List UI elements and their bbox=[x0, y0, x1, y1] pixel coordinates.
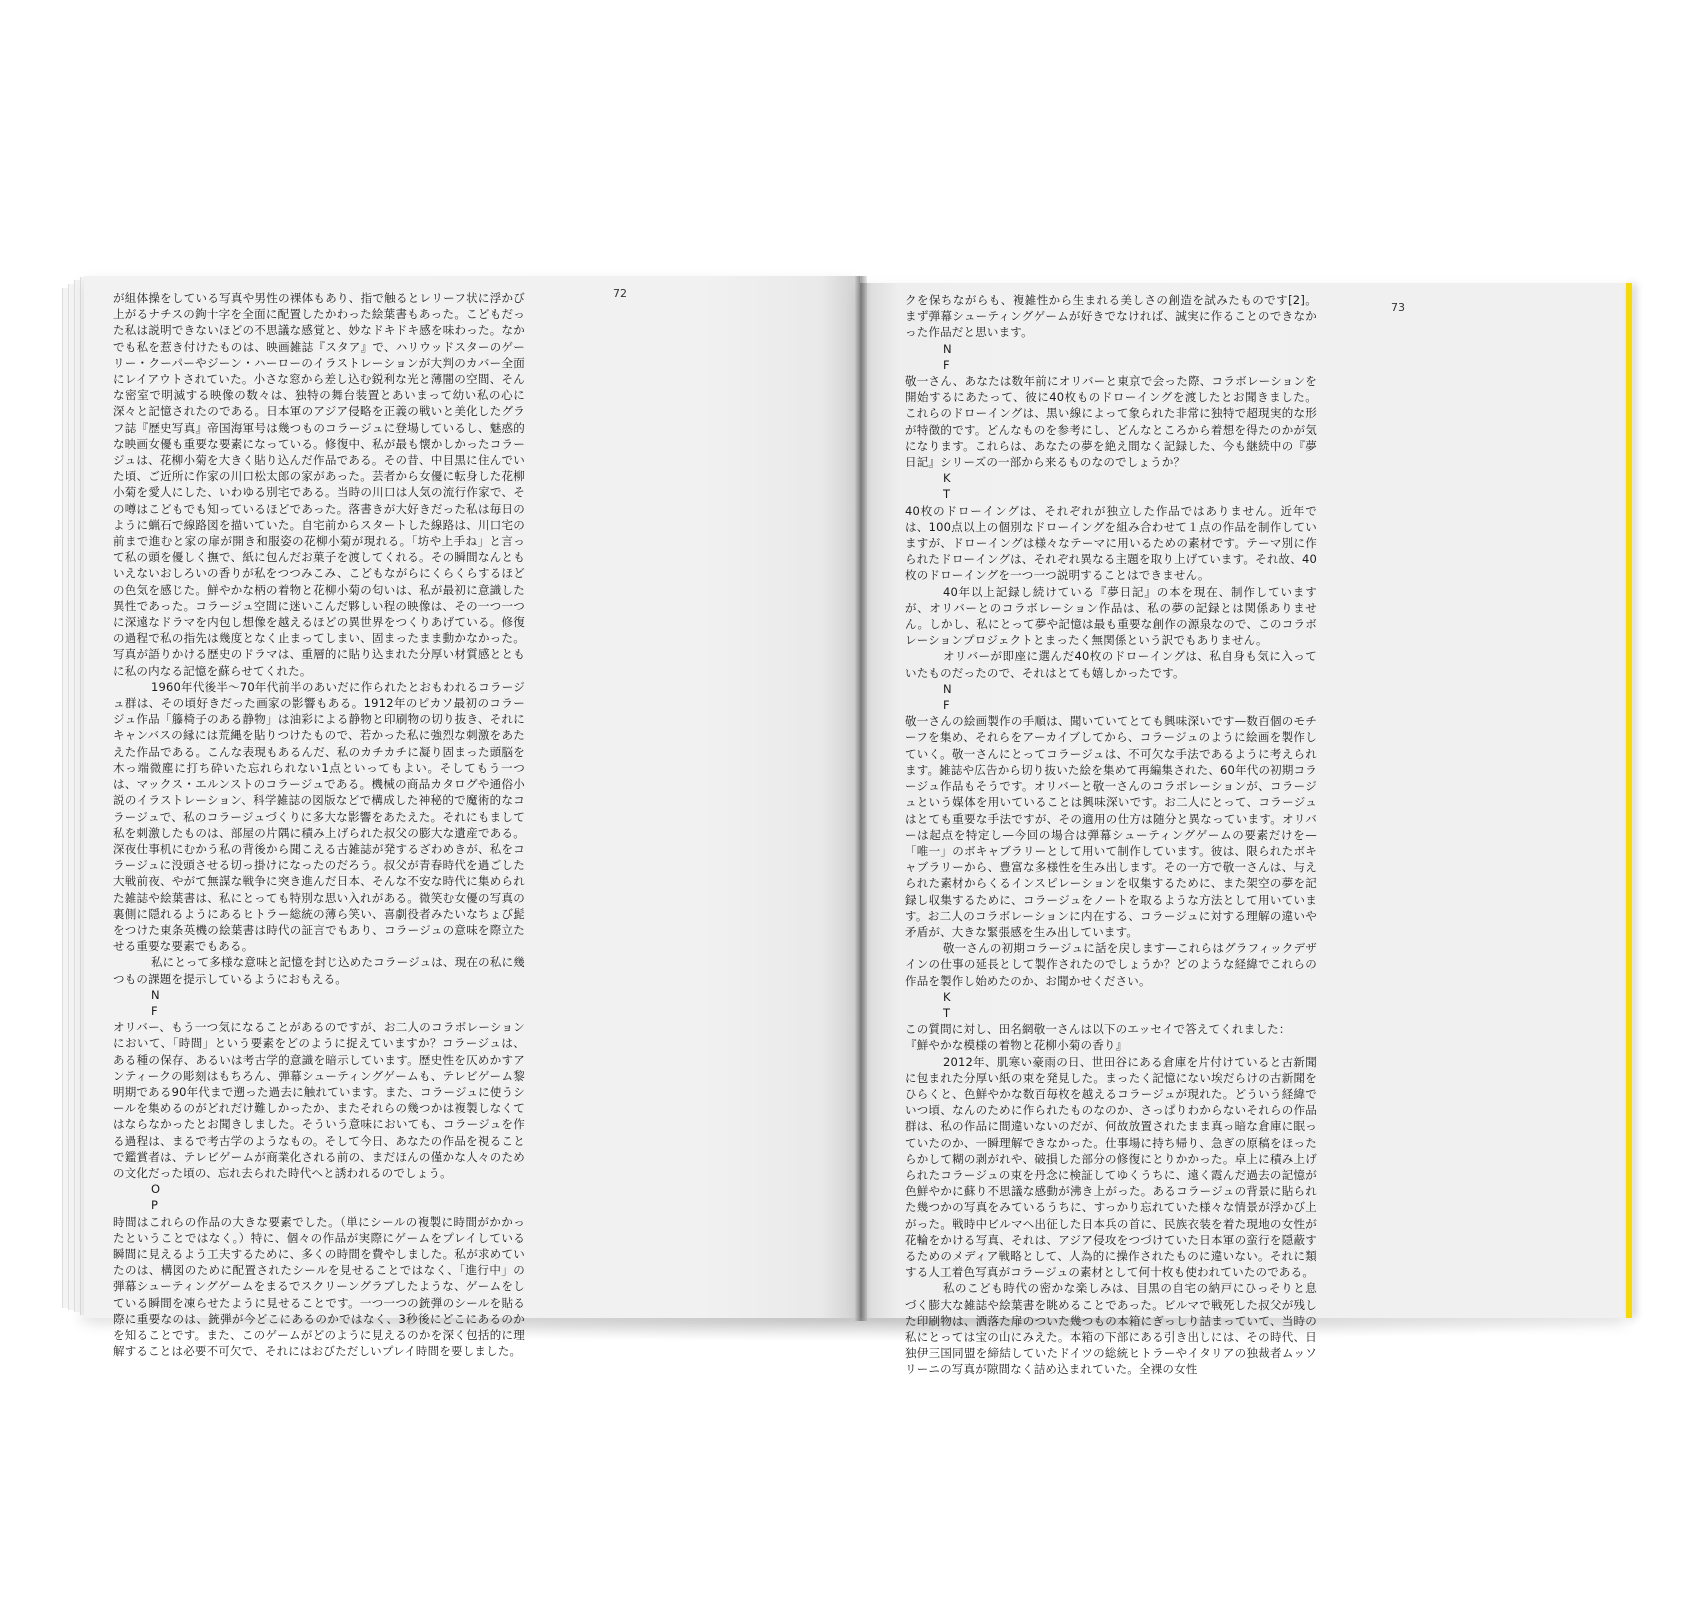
paragraph: 私にとって多様な意味と記憶を封じ込めたコラージュは、現在の私に幾つもの課題を提示… bbox=[113, 954, 525, 986]
paragraph: 敬一さんの絵画製作の手順は、聞いていてとても興味深いです—数百個のモチーフを集め… bbox=[905, 713, 1317, 940]
speaker-initial: O bbox=[113, 1181, 525, 1197]
right-page-text: クを保ちながらも、複雑性から生まれる美しさの創造を試みたものです[2]。まず弾幕… bbox=[905, 292, 1317, 1378]
paragraph: 時間はこれらの作品の大きな要素でした。（単にシールの複製に時間がかかったというこ… bbox=[113, 1214, 525, 1360]
page-number-left: 72 bbox=[613, 287, 627, 300]
speaker-initial: N bbox=[905, 681, 1317, 697]
paragraph: 40年以上記録し続けている『夢日記』の本を現在、制作していますが、オリバーとのコ… bbox=[905, 584, 1317, 649]
paragraph: 40枚のドローイングは、それぞれが独立した作品ではありません。近年では、100点… bbox=[905, 503, 1317, 584]
book-gutter bbox=[855, 276, 867, 1321]
speaker-initial: N bbox=[905, 341, 1317, 357]
paragraph: 敬一さんの初期コラージュに話を戻します—これらはグラフィックデザインの仕事の延長… bbox=[905, 940, 1317, 989]
speaker-initial: T bbox=[905, 1005, 1317, 1021]
speaker-initial: F bbox=[905, 697, 1317, 713]
speaker-initial: T bbox=[905, 486, 1317, 502]
paragraph: オリバーが即座に選んだ40枚のドローイングは、私自身も気に入っていたものだったの… bbox=[905, 648, 1317, 680]
speaker-initial: K bbox=[905, 989, 1317, 1005]
paragraph: 私のこども時代の密かな楽しみは、目黒の自宅の納戸にひっそりと息づく膨大な雑誌や絵… bbox=[905, 1280, 1317, 1377]
paragraph: 『鮮やかな模様の着物と花柳小菊の香り』 bbox=[905, 1037, 1317, 1053]
speaker-initial: P bbox=[113, 1197, 525, 1213]
speaker-initial: N bbox=[113, 987, 525, 1003]
left-page-text: が組体操をしている写真や男性の裸体もあり、指で触るとレリーフ状に浮かび上がるナチ… bbox=[113, 290, 525, 1359]
speaker-initial: F bbox=[905, 357, 1317, 373]
paragraph: 2012年、肌寒い豪雨の日、世田谷にある倉庫を片付けていると古新聞に包まれた分厚… bbox=[905, 1054, 1317, 1281]
page-number-right: 73 bbox=[1391, 301, 1405, 314]
paragraph: オリバー、もう一つ気になることがあるのですが、お二人のコラボレーションにおいて、… bbox=[113, 1019, 525, 1181]
paragraph: 敬一さん、あなたは数年前にオリバーと東京で会った際、コラボレーションを開始するに… bbox=[905, 373, 1317, 470]
yellow-cover-edge bbox=[1626, 283, 1632, 1318]
speaker-initial: F bbox=[113, 1003, 525, 1019]
paragraph: この質問に対し、田名網敬一さんは以下のエッセイで答えてくれました： bbox=[905, 1021, 1317, 1037]
paragraph: が組体操をしている写真や男性の裸体もあり、指で触るとレリーフ状に浮かび上がるナチ… bbox=[113, 290, 525, 679]
paragraph: 1960年代後半〜70年代前半のあいだに作られたとおもわれるコラージュ群は、その… bbox=[113, 679, 525, 954]
speaker-initial: K bbox=[905, 470, 1317, 486]
paragraph: クを保ちながらも、複雑性から生まれる美しさの創造を試みたものです[2]。まず弾幕… bbox=[905, 292, 1317, 341]
